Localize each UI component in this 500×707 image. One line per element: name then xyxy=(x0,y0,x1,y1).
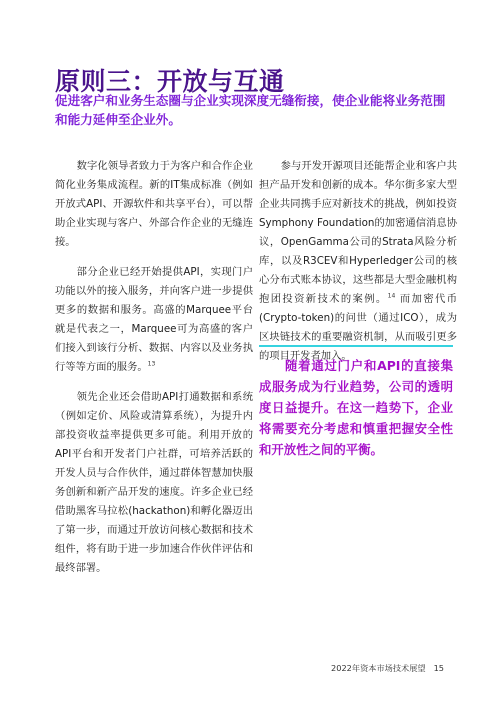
left-column: 数字化领导者致力于为客户和合作企业简化业务集成流程。新的IT集成标准（例如开放式… xyxy=(55,157,253,589)
pullquote-divider xyxy=(259,345,453,347)
page-number: 15 xyxy=(434,663,444,673)
paragraph-text: 参与开发开源项目还能帮企业和客户共担产品开发和创新的成本。华尔街多家大型企业共同… xyxy=(259,160,457,305)
publication-title: 2022年资本市场技术展望 xyxy=(331,663,426,673)
body-paragraph: 数字化领导者致力于为客户和合作企业简化业务集成流程。新的IT集成标准（例如开放式… xyxy=(55,157,253,252)
body-paragraph: 参与开发开源项目还能帮企业和客户共担产品开发和创新的成本。华尔街多家大型企业共同… xyxy=(259,157,457,366)
body-paragraph: 部分企业已经开始提供API，实现门户功能以外的接入服务，并向客户进一步提供更多的… xyxy=(55,263,253,377)
right-column: 参与开发开源项目还能帮企业和客户共担产品开发和创新的成本。华尔街多家大型企业共同… xyxy=(259,157,457,377)
page-footer: 2022年资本市场技术展望15 xyxy=(331,663,444,674)
pullquote: 随着通过门户和API的直接集成服务成为行业趋势，公司的透明度日益提升。在这一趋势… xyxy=(259,355,453,460)
paragraph-text: 数字化领导者致力于为客户和合作企业简化业务集成流程。新的IT集成标准（例如开放式… xyxy=(55,160,253,248)
page-subtitle: 促进客户和业务生态圈与企业实现深度无缝衔接，使企业能将业务范围和能力延伸至企业外… xyxy=(55,91,455,129)
body-paragraph: 领先企业还会借助API打通数据和系统（例如定价、风险或清算系统），为提升内部投资… xyxy=(55,388,253,578)
footnote-marker: 13 xyxy=(148,361,156,368)
paragraph-text: 领先企业还会借助API打通数据和系统（例如定价、风险或清算系统），为提升内部投资… xyxy=(55,391,253,574)
paragraph-text: 部分企业已经开始提供API，实现门户功能以外的接入服务，并向客户进一步提供更多的… xyxy=(55,266,253,373)
